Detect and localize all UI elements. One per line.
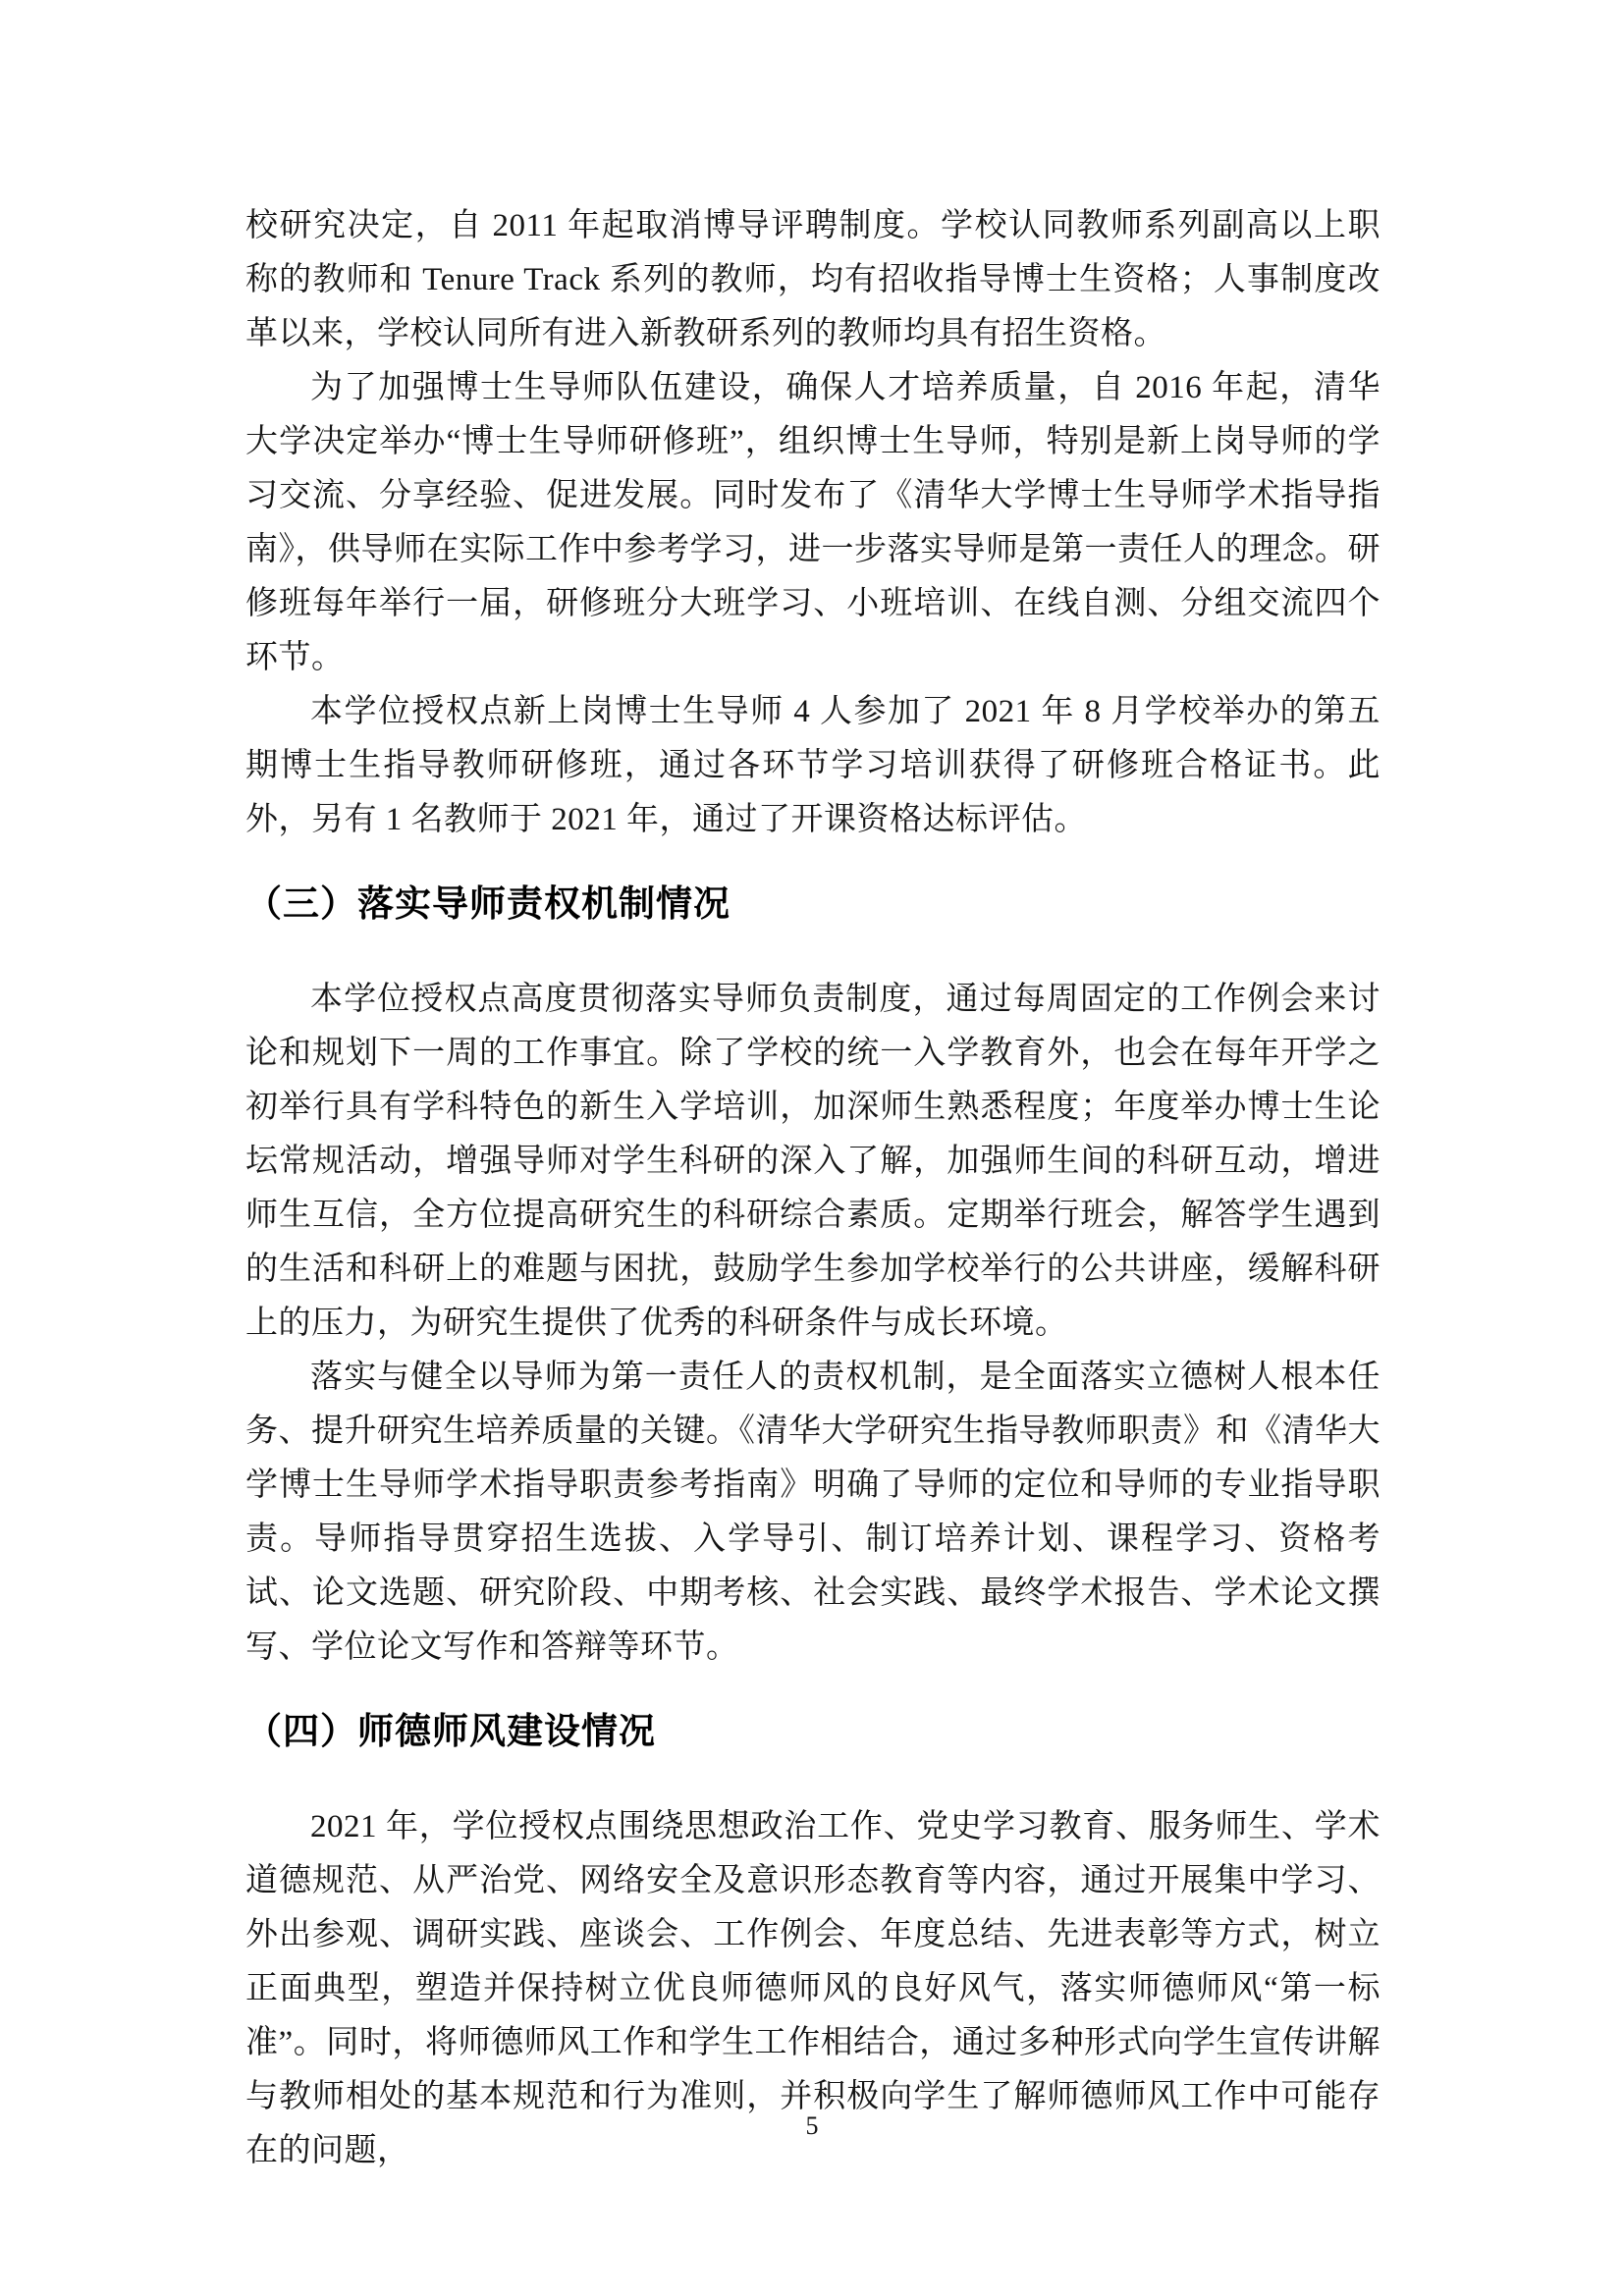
body-paragraph: 本学位授权点高度贯彻落实导师负责制度，通过每周固定的工作例会来讨论和规划下一周的…	[245, 973, 1380, 1351]
document-page: 校研究决定，自 2011 年起取消博导评聘制度。学校认同教师系列副高以上职称的教…	[0, 0, 1624, 2296]
body-paragraph: 校研究决定，自 2011 年起取消博导评聘制度。学校认同教师系列副高以上职称的教…	[245, 199, 1380, 361]
document-body: 校研究决定，自 2011 年起取消博导评聘制度。学校认同教师系列副高以上职称的教…	[245, 199, 1380, 2178]
page-number: 5	[0, 2110, 1624, 2142]
body-paragraph: 本学位授权点新上岗博士生导师 4 人参加了 2021 年 8 月学校举办的第五期…	[245, 685, 1380, 847]
section-heading: （三）落实导师责权机制情况	[245, 882, 1380, 926]
body-paragraph: 为了加强博士生导师队伍建设，确保人才培养质量，自 2016 年起，清华大学决定举…	[245, 361, 1380, 685]
section-heading: （四）师德师风建设情况	[245, 1710, 1380, 1753]
body-paragraph: 落实与健全以导师为第一责任人的责权机制，是全面落实立德树人根本任务、提升研究生培…	[245, 1351, 1380, 1675]
